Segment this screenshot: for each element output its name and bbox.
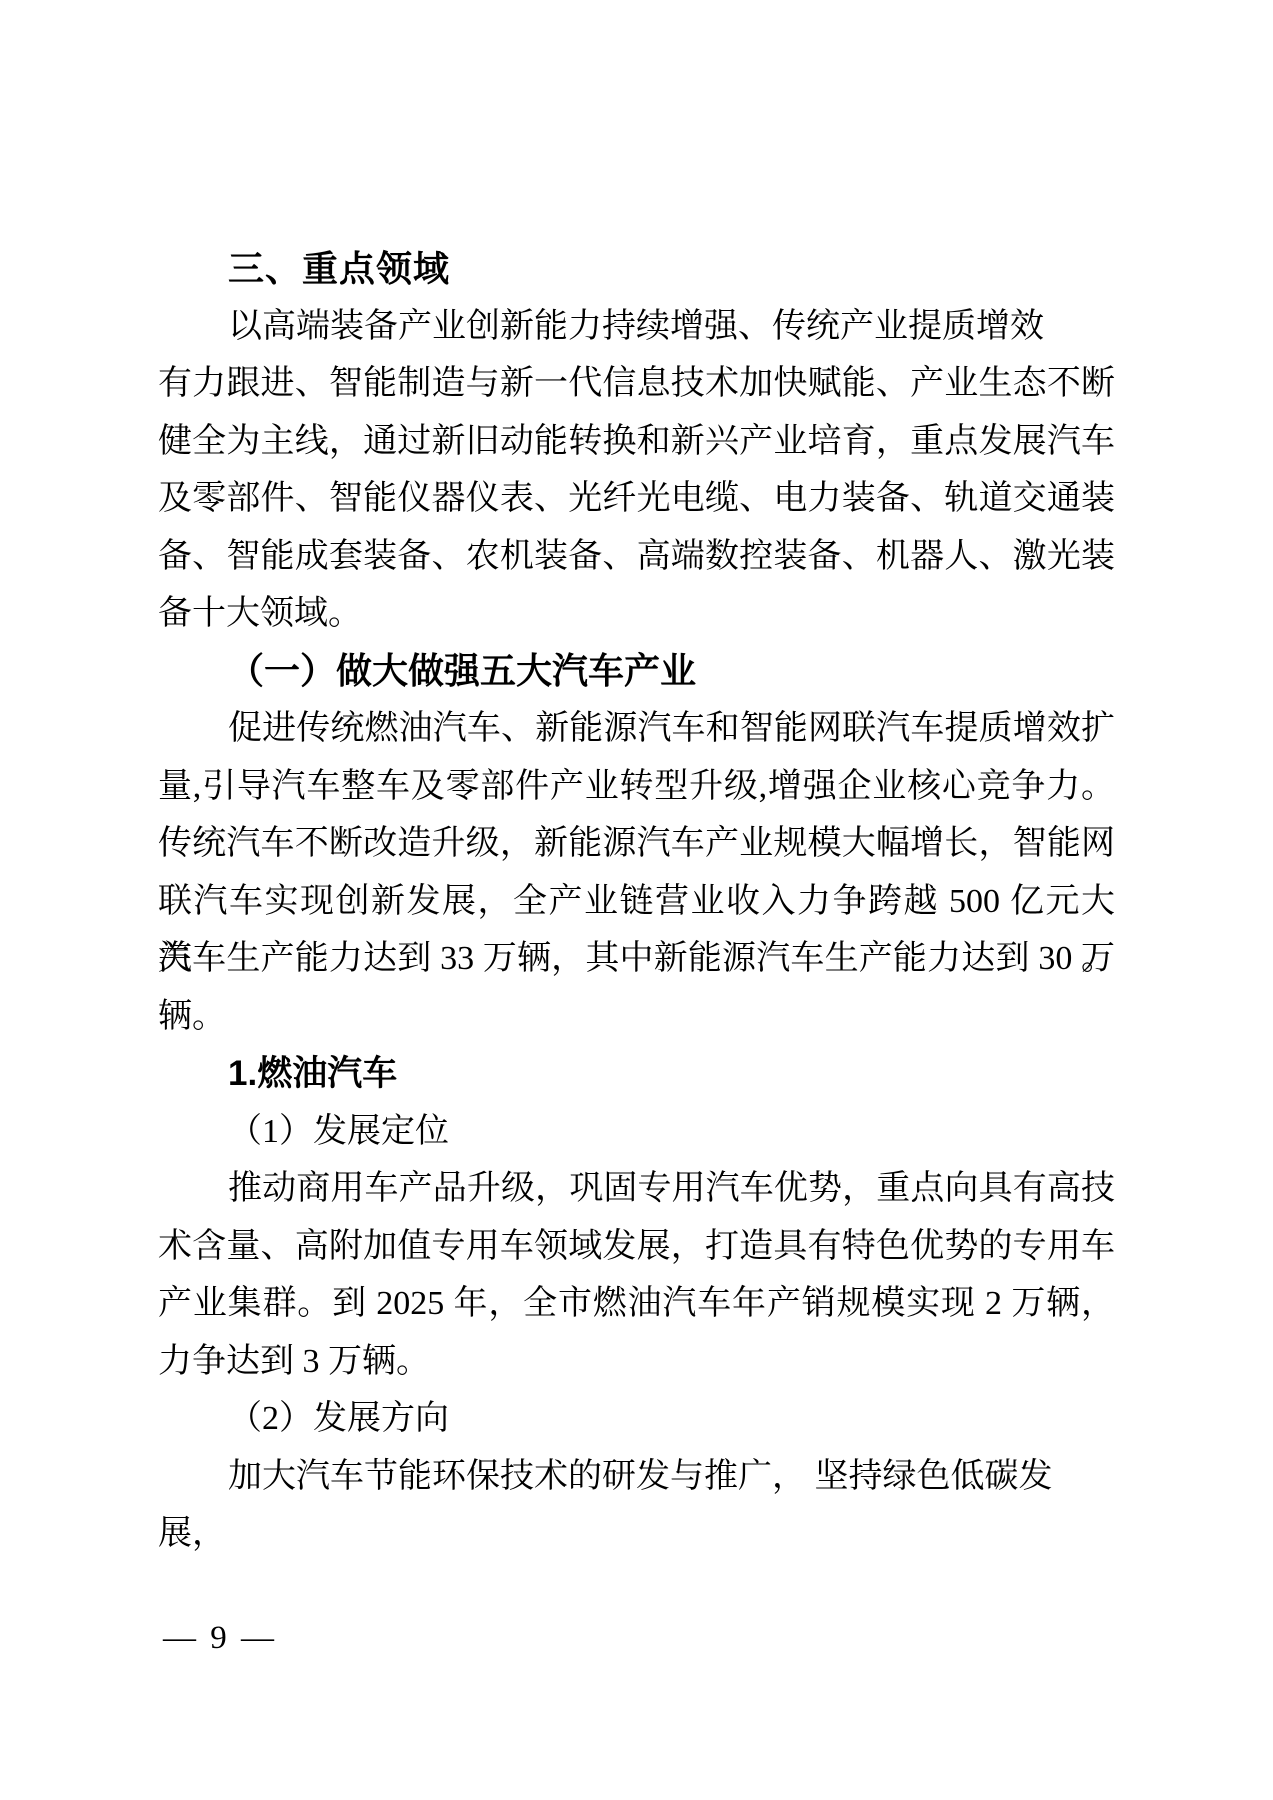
para-overview-line-6: 备十大领域。 — [158, 585, 1115, 643]
para-positioning-line-4: 力争达到 3 万辆。 — [158, 1333, 1115, 1391]
para-auto-line-6: 辆。 — [158, 988, 1115, 1046]
heading-key-areas: 三、重点领域 — [158, 240, 1115, 298]
subheading-development-direction: （2）发展方向 — [158, 1390, 1115, 1448]
subheading-development-positioning: （1）发展定位 — [158, 1103, 1115, 1161]
para-overview-line-5: 备、智能成套装备、农机装备、高端数控装备、机器人、激光装 — [158, 528, 1115, 586]
page-number: — 9 — — [163, 1618, 274, 1658]
para-auto-line-3: 传统汽车不断改造升级，新能源汽车产业规模大幅增长，智能网 — [158, 815, 1115, 873]
para-overview-line-1: 以高端装备产业创新能力持续增强、传统产业提质增效 — [158, 298, 1115, 356]
para-overview-line-3: 健全为主线，通过新旧动能转换和新兴产业培育，重点发展汽车 — [158, 413, 1115, 471]
para-overview-line-4: 及零部件、智能仪器仪表、光纤光电缆、电力装备、轨道交通装 — [158, 470, 1115, 528]
para-positioning-line-2: 术含量、高附加值专用车领域发展，打造具有特色优势的专用车 — [158, 1218, 1115, 1276]
para-auto-line-5: 汽车生产能力达到 33 万辆，其中新能源汽车生产能力达到 30 万 — [158, 930, 1115, 988]
para-positioning-line-3: 产业集群。到 2025 年，全市燃油汽车年产销规模实现 2 万辆， — [158, 1275, 1115, 1333]
document-content: 三、重点领域 以高端装备产业创新能力持续增强、传统产业提质增效 有力跟进、智能制… — [158, 240, 1115, 1505]
para-auto-line-2: 量,引导汽车整车及零部件产业转型升级,增强企业核心竞争力。 — [158, 758, 1115, 816]
para-auto-line-4: 联汽车实现创新发展，全产业链营业收入力争跨越 500 亿元大关。 — [158, 873, 1115, 931]
para-direction-line-1: 加大汽车节能环保技术的研发与推广， 坚持绿色低碳发展， — [158, 1448, 1115, 1506]
heading-auto-industry: （一）做大做强五大汽车产业 — [158, 643, 1115, 701]
document-page: 三、重点领域 以高端装备产业创新能力持续增强、传统产业提质增效 有力跟进、智能制… — [0, 0, 1273, 1800]
heading-fuel-vehicles: 1.燃油汽车 — [158, 1045, 1115, 1103]
para-positioning-line-1: 推动商用车产品升级，巩固专用汽车优势，重点向具有高技 — [158, 1160, 1115, 1218]
para-auto-line-1: 促进传统燃油汽车、新能源汽车和智能网联汽车提质增效扩 — [158, 700, 1115, 758]
para-overview-line-2: 有力跟进、智能制造与新一代信息技术加快赋能、产业生态不断 — [158, 355, 1115, 413]
